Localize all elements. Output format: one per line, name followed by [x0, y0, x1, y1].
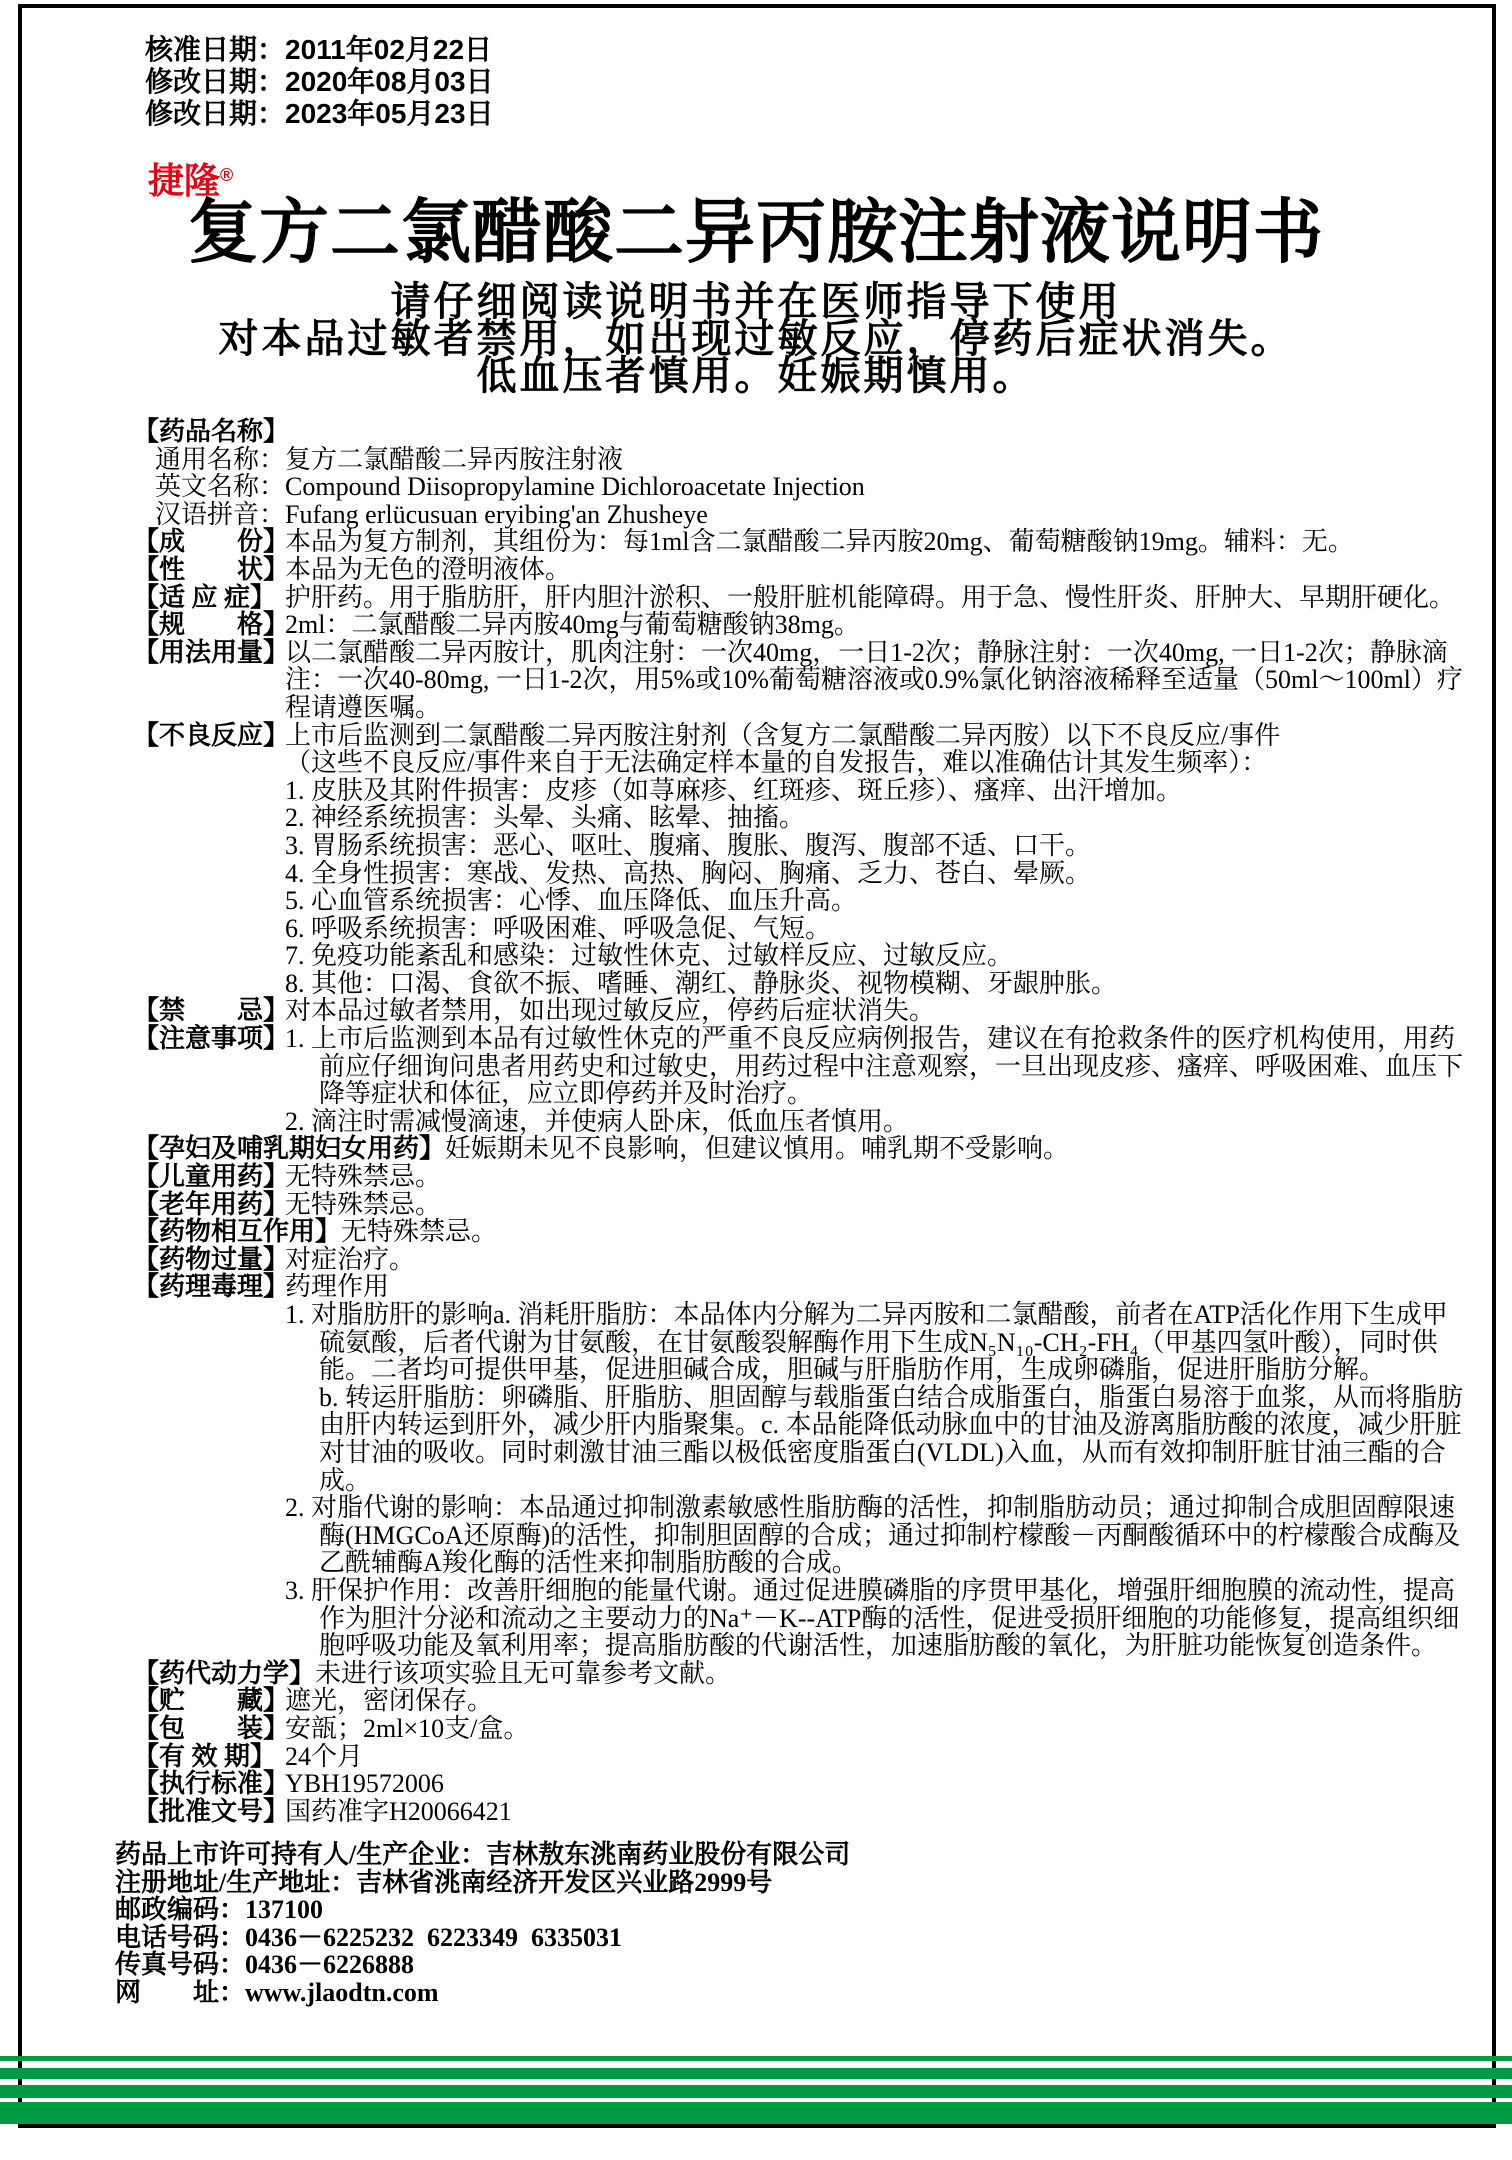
section-interactions: 【药物相互作用】无特殊禁忌。	[133, 1218, 1465, 1246]
section-text: 安瓿；2ml×10支/盒。	[285, 1715, 1465, 1743]
section-text: 对本品过敏者禁用，如出现过敏反应，停药后症状消失。	[285, 997, 1465, 1025]
section-children: 【儿童用药】 无特殊禁忌。	[133, 1163, 1465, 1191]
adverse-item: 1. 皮肤及其附件损害：皮疹（如荨麻疹、红斑疹、斑丘疹）、瘙痒、出汗增加。	[285, 777, 1465, 805]
section-pharmacokinetics: 【药代动力学】未进行该项实验且无可靠参考文献。	[133, 1660, 1465, 1688]
section-storage: 【贮 藏】 遮光，密闭保存。	[133, 1687, 1465, 1715]
section-text: 无特殊禁忌。	[285, 1163, 1465, 1191]
section-label: 【孕妇及哺乳期妇女用药】	[133, 1134, 445, 1163]
adverse-intro-line-2: （这些不良反应/事件来自于无法确定样本量的自发报告，难以准确估计其发生频率）：	[285, 749, 1465, 777]
section-text: 无特殊禁忌。	[285, 1191, 1465, 1219]
section-label: 【成 份】	[133, 528, 285, 556]
website: 网 址：www.jlaodtn.com	[115, 1979, 850, 2007]
subtitle-caution: 低血压者慎用。妊娠期慎用。	[0, 358, 1512, 395]
section-label: 【执行标准】	[133, 1770, 285, 1798]
pharmacology-item-1a: 1. 对脂肪肝的影响a. 消耗肝脂肪：本品体内分解为二异丙胺和二氯醋酸，前者在A…	[285, 1301, 1465, 1384]
section-text: 无特殊禁忌。	[341, 1217, 497, 1246]
date-block: 核准日期：2011年02月22日 修改日期：2020年08月03日 修改日期：2…	[145, 34, 494, 130]
section-text: 24个月	[285, 1743, 1465, 1771]
adverse-item: 6. 呼吸系统损害：呼吸困难、呼吸急促、气短。	[285, 915, 1465, 943]
registered-trademark-symbol: ®	[220, 165, 233, 185]
revision-date-2: 修改日期：2023年05月23日	[145, 98, 494, 130]
precaution-item: 2. 滴注时需减慢滴速，并使病人卧床，低血压者慎用。	[285, 1108, 1465, 1136]
pharmacology-item-3: 3. 肝保护作用：改善肝细胞的能量代谢。通过促进膜磷脂的序贯甲基化，增强肝细胞膜…	[285, 1577, 1465, 1660]
page-title: 复方二氯醋酸二异丙胺注射液说明书	[0, 186, 1512, 278]
approve-date: 核准日期：2011年02月22日	[145, 34, 494, 66]
registered-address: 注册地址/生产地址：吉林省洮南经济开发区兴业路2999号	[115, 1869, 850, 1897]
section-precautions: 【注意事项】 1. 上市后监测到本品有过敏性休克的严重不良反应病例报告，建议在有…	[133, 1025, 1465, 1135]
section-text: 以二氯醋酸二异丙胺计，肌肉注射：一次40mg，一日1-2次；静脉注射：一次40m…	[285, 639, 1465, 722]
bottom-stripe-thin	[0, 2056, 1512, 2061]
section-label: 【贮 藏】	[133, 1687, 285, 1715]
section-text: 妊娠期未见不良影响，但建议慎用。哺乳期不受影响。	[445, 1134, 1069, 1163]
section-composition: 【成 份】 本品为复方制剂，其组份为：每1ml含二氯醋酸二异丙胺20mg、葡萄糖…	[133, 528, 1465, 556]
section-label: 【包 装】	[133, 1715, 285, 1743]
adverse-item: 3. 胃肠系统损害：恶心、呕吐、腹痛、腹胀、腹泻、腹部不适、口干。	[285, 832, 1465, 860]
section-label: 【不良反应】	[133, 722, 285, 750]
section-label: 【有 效 期】	[133, 1743, 285, 1771]
section-dosage: 【用法用量】 以二氯醋酸二异丙胺计，肌肉注射：一次40mg，一日1-2次；静脉注…	[133, 639, 1465, 722]
section-packaging: 【包 装】 安瓿；2ml×10支/盒。	[133, 1715, 1465, 1743]
insert-body: 【药品名称】 通用名称：复方二氯醋酸二异丙胺注射液 英文名称：Compound …	[133, 418, 1465, 1825]
subtitle-allergy-warning: 对本品过敏者禁用，如出现过敏反应，停药后症状消失。	[0, 321, 1512, 358]
section-text: 护肝药。用于脂肪肝，肝内胆汁淤积、一般肝脏机能障碍。用于急、慢性肝炎、肝肿大、早…	[285, 584, 1465, 612]
section-label: 【适 应 症】	[133, 584, 285, 612]
section-label: 【规 格】	[133, 611, 285, 639]
section-label: 【批准文号】	[133, 1798, 285, 1826]
section-label: 【药理毒理】	[133, 1273, 285, 1301]
adverse-item: 2. 神经系统损害：头晕、头痛、眩晕、抽搐。	[285, 804, 1465, 832]
section-pregnancy: 【孕妇及哺乳期妇女用药】妊娠期未见不良影响，但建议慎用。哺乳期不受影响。	[133, 1135, 1465, 1163]
section-text: 本品为复方制剂，其组份为：每1ml含二氯醋酸二异丙胺20mg、葡萄糖酸钠19mg…	[285, 528, 1465, 556]
section-label: 【禁 忌】	[133, 997, 285, 1025]
generic-name: 通用名称：复方二氯醋酸二异丙胺注射液	[133, 446, 1465, 474]
revision-date-1: 修改日期：2020年08月03日	[145, 66, 494, 98]
section-label: 【老年用药】	[133, 1191, 285, 1219]
english-name: 英文名称：Compound Diisopropylamine Dichloroa…	[133, 473, 1465, 501]
section-label: 【药代动力学】	[133, 1659, 315, 1688]
section-label: 【药物过量】	[133, 1246, 285, 1274]
subtitle-read-carefully: 请仔细阅读说明书并在医师指导下使用	[0, 284, 1512, 321]
pharmacology-lead: 药理作用	[285, 1273, 1465, 1301]
section-label: 【用法用量】	[133, 639, 285, 667]
pharmacology-item-1b: b. 转运肝脂肪：卵磷脂、肝脂肪、胆固醇与载脂蛋白结合成脂蛋白，脂蛋白易溶于血浆…	[285, 1384, 1465, 1494]
postcode: 邮政编码：137100	[115, 1896, 850, 1924]
section-indications: 【适 应 症】 护肝药。用于脂肪肝，肝内胆汁淤积、一般肝脏机能障碍。用于急、慢性…	[133, 584, 1465, 612]
adverse-item: 4. 全身性损害：寒战、发热、高热、胸闷、胸痛、乏力、苍白、晕厥。	[285, 860, 1465, 888]
manufacturer-block: 药品上市许可持有人/生产企业：吉林敖东洮南药业股份有限公司 注册地址/生产地址：…	[115, 1841, 850, 2007]
bottom-stripe-medium-1	[0, 2068, 1512, 2079]
adverse-item: 8. 其他：口渴、食欲不振、嗜睡、潮红、静脉炎、视物模糊、牙龈肿胀。	[285, 970, 1465, 998]
adverse-intro-line-1: 上市后监测到二氯醋酸二异丙胺注射剂（含复方二氯醋酸二异丙胺）以下不良反应/事件	[285, 722, 1465, 750]
section-text: 2ml：二氯醋酸二异丙胺40mg与葡萄糖酸钠38mg。	[285, 611, 1465, 639]
section-adverse-reactions: 【不良反应】 上市后监测到二氯醋酸二异丙胺注射剂（含复方二氯醋酸二异丙胺）以下不…	[133, 722, 1465, 998]
section-label: 【药品名称】	[133, 418, 285, 446]
section-standard: 【执行标准】 YBH19572006	[133, 1770, 1465, 1798]
warning-subtitles: 请仔细阅读说明书并在医师指导下使用 对本品过敏者禁用，如出现过敏反应，停药后症状…	[0, 284, 1512, 395]
bottom-stripe-medium-2	[0, 2085, 1512, 2098]
section-overdose: 【药物过量】 对症治疗。	[133, 1246, 1465, 1274]
section-pharmacology: 【药理毒理】 药理作用 1. 对脂肪肝的影响a. 消耗肝脂肪：本品体内分解为二异…	[133, 1273, 1465, 1659]
package-insert-page: { "meta": { "approve_date": "核准日期：2011年0…	[0, 0, 1512, 2160]
license-holder: 药品上市许可持有人/生产企业：吉林敖东洮南药业股份有限公司	[115, 1841, 850, 1869]
precaution-item: 1. 上市后监测到本品有过敏性休克的严重不良反应病例报告，建议在有抢救条件的医疗…	[285, 1025, 1465, 1108]
fax-number: 传真号码：0436－6226888	[115, 1951, 850, 1979]
section-label: 【注意事项】	[133, 1025, 285, 1053]
section-contraindications: 【禁 忌】 对本品过敏者禁用，如出现过敏反应，停药后症状消失。	[133, 997, 1465, 1025]
phone-number: 电话号码：0436－6225232 6223349 6335031	[115, 1924, 850, 1952]
section-text: 未进行该项实验且无可靠参考文献。	[315, 1659, 731, 1688]
section-specification: 【规 格】 2ml：二氯醋酸二异丙胺40mg与葡萄糖酸钠38mg。	[133, 611, 1465, 639]
adverse-item: 7. 免疫功能紊乱和感染：过敏性休克、过敏样反应、过敏反应。	[285, 942, 1465, 970]
pinyin-name: 汉语拼音：Fufang erlücusuan eryibing'an Zhush…	[133, 501, 1465, 529]
section-text: 本品为无色的澄明液体。	[285, 556, 1465, 584]
section-label: 【性 状】	[133, 556, 285, 584]
adverse-item: 5. 心血管系统损害：心悸、血压降低、血压升高。	[285, 887, 1465, 915]
section-text: YBH19572006	[285, 1770, 1465, 1798]
section-label: 【儿童用药】	[133, 1163, 285, 1191]
bottom-stripe-thick	[0, 2102, 1512, 2124]
section-validity: 【有 效 期】 24个月	[133, 1743, 1465, 1771]
pharmacology-item-2: 2. 对脂代谢的影响：本品通过抑制激素敏感性脂肪酶的活性，抑制脂肪动员；通过抑制…	[285, 1494, 1465, 1577]
section-label: 【药物相互作用】	[133, 1217, 341, 1246]
section-text: 遮光，密闭保存。	[285, 1687, 1465, 1715]
section-approval-number: 【批准文号】 国药准字H20066421	[133, 1798, 1465, 1826]
section-drug-name: 【药品名称】	[133, 418, 1465, 446]
section-text: 国药准字H20066421	[285, 1798, 1465, 1826]
section-text: 对症治疗。	[285, 1246, 1465, 1274]
section-properties: 【性 状】 本品为无色的澄明液体。	[133, 556, 1465, 584]
section-elderly: 【老年用药】 无特殊禁忌。	[133, 1191, 1465, 1219]
